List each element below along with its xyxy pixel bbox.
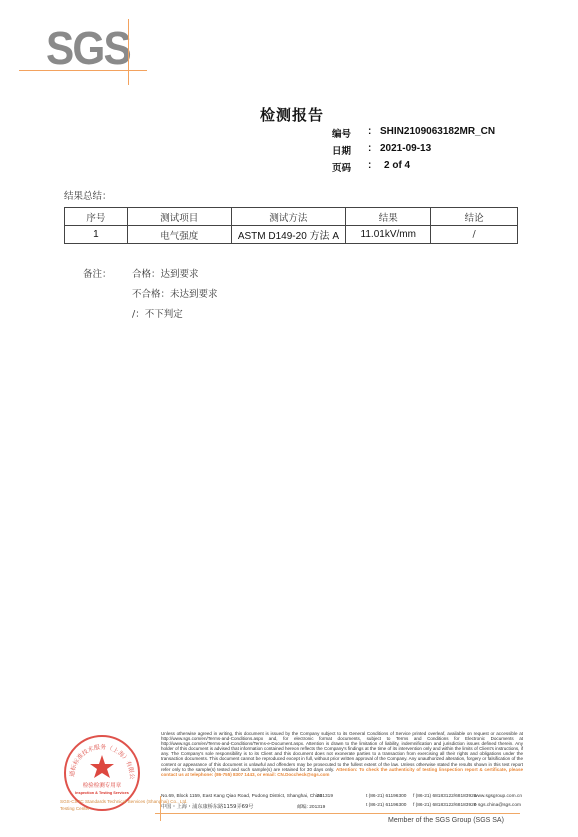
sgs-logo-text: SGS <box>46 25 130 71</box>
svg-text:Inspection & Testing Services: Inspection & Testing Services <box>75 791 129 795</box>
table-header-row: 序号 测试项目 测试方法 结果 结论 <box>65 208 518 226</box>
report-title: 检测报告 <box>260 104 324 125</box>
column-header: 测试方法 <box>231 208 346 226</box>
notes-label: 备注： <box>83 266 112 280</box>
svg-text:检验检测专用章: 检验检测专用章 <box>83 781 122 789</box>
logo-vertical-line <box>128 19 129 85</box>
website-link[interactable]: www.sgsgroup.com.cn <box>474 794 522 799</box>
address-text: 中国・上海・浦东康桥东路1159弄69号 <box>161 803 253 810</box>
column-header: 测试项目 <box>127 208 231 226</box>
telephone: t (86-21) 61196300 <box>366 794 406 799</box>
meta-label: 编号 <box>332 126 351 140</box>
meta-page: 页码 : 2 of 4 <box>332 160 532 172</box>
cell-test-method: ASTM D149-20 方法 A <box>231 226 346 244</box>
meta-value: 2 of 4 <box>384 160 410 171</box>
meta-label: 页码 <box>332 160 351 174</box>
cell-test-item: 电气强度 <box>127 226 231 244</box>
address-chinese: 中国・上海・浦东康桥东路1159弄69号 邮编: 201319 t (86-21… <box>161 803 523 811</box>
postcode: 邮编: 201319 <box>297 803 325 810</box>
meta-value: 2021-09-13 <box>380 143 431 154</box>
footer-rule <box>155 813 520 814</box>
fax: f (86-21) 68183122/68183920 <box>413 794 476 799</box>
postcode: 201319 <box>317 794 333 799</box>
note-pass: 合格：达到要求 <box>132 266 199 280</box>
note-fail: 不合格：未达到要求 <box>132 286 218 300</box>
summary-label: 结果总结： <box>64 188 112 202</box>
meta-colon: : <box>368 126 371 137</box>
note-no-judgement: /：不下判定 <box>132 306 183 320</box>
cell-result: 11.01kV/mm <box>346 226 431 244</box>
column-header: 结果 <box>346 208 431 226</box>
fax: f (86-21) 68183122/68183920 <box>413 803 476 808</box>
address-english: No.69, Block 1159, East Kang Qiao Road, … <box>161 794 523 802</box>
column-header: 结论 <box>431 208 518 226</box>
meta-date: 日期 : 2021-09-13 <box>332 143 532 155</box>
meta-colon: : <box>368 143 371 154</box>
meta-label: 日期 <box>332 143 351 157</box>
footer-vertical-rule <box>160 796 161 821</box>
member-statement: Member of the SGS Group (SGS SA) <box>388 817 504 824</box>
address-text: No.69, Block 1159, East Kang Qiao Road, … <box>161 794 322 799</box>
disclaimer-text: Unless otherwise agreed in writing, this… <box>161 731 523 772</box>
meta-value: SHIN2109063182MR_CN <box>380 126 495 137</box>
cell-index: 1 <box>65 226 128 244</box>
results-table: 序号 测试项目 测试方法 结果 结论 1 电气强度 ASTM D149-20 方… <box>64 207 518 244</box>
telephone: t (86-21) 61196300 <box>366 803 406 808</box>
legal-disclaimer: Unless otherwise agreed in writing, this… <box>161 731 523 777</box>
column-header: 序号 <box>65 208 128 226</box>
meta-report-number: 编号 : SHIN2109063182MR_CN <box>332 126 532 138</box>
meta-colon: : <box>368 160 371 171</box>
table-row: 1 电气强度 ASTM D149-20 方法 A 11.01kV/mm / <box>65 226 518 244</box>
sgs-logo: SGS <box>44 22 154 77</box>
email-link[interactable]: e sgs.china@sgs.com <box>474 803 521 808</box>
cell-conclusion: / <box>431 226 518 244</box>
